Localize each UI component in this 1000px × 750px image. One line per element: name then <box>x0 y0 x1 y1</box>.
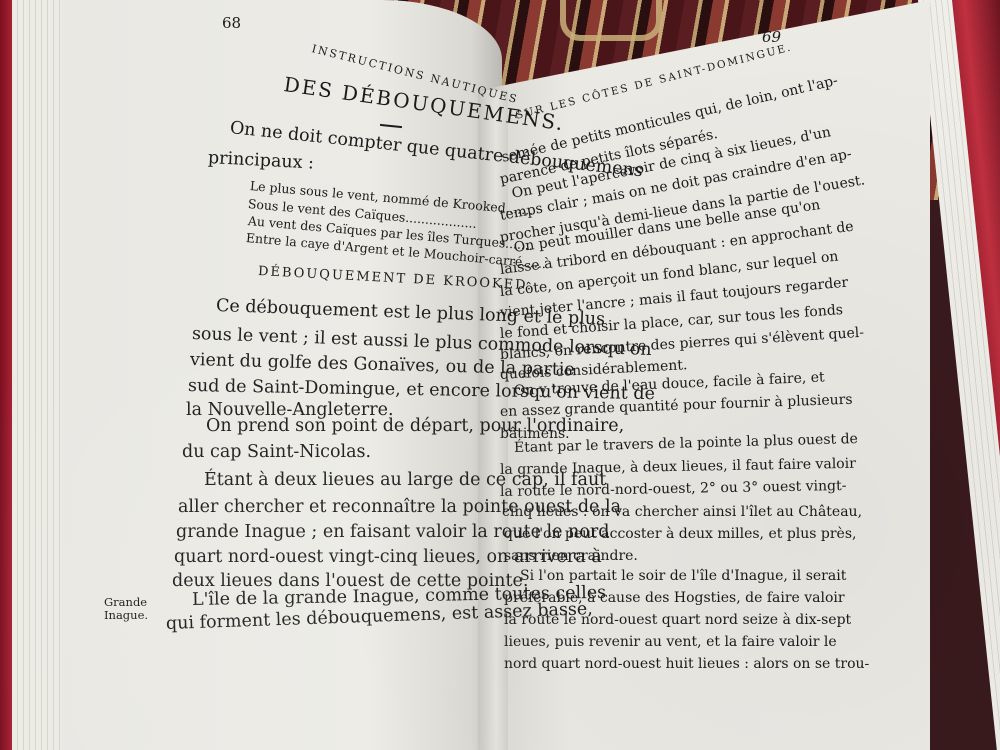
right-line-20: que l'on peut accoster à deux milles, et… <box>504 526 856 542</box>
fabric-motif <box>560 0 662 41</box>
margin-note: Grande Inague. <box>104 596 164 622</box>
para2-line2: du cap Saint-Nicolas. <box>182 442 371 462</box>
right-line-22: Si l'on partait le soir de l'île d'Inagu… <box>520 568 846 584</box>
right-line-26: nord quart nord-ouest huit lieues : alor… <box>504 656 869 672</box>
margin-note-line2: Inague. <box>104 609 164 622</box>
right-line-21: sans rien craindre. <box>504 548 638 564</box>
right-line-24: la route le nord-ouest quart nord seize … <box>504 612 851 628</box>
right-line-23: préférable, à cause des Hogsties, de fai… <box>504 590 845 606</box>
right-line-25: lieues, puis revenir au vent, et la fair… <box>504 634 837 650</box>
page-number-left: 68 <box>222 14 241 32</box>
right-line-19: cinq lieues : on va chercher ainsi l'île… <box>502 504 862 520</box>
